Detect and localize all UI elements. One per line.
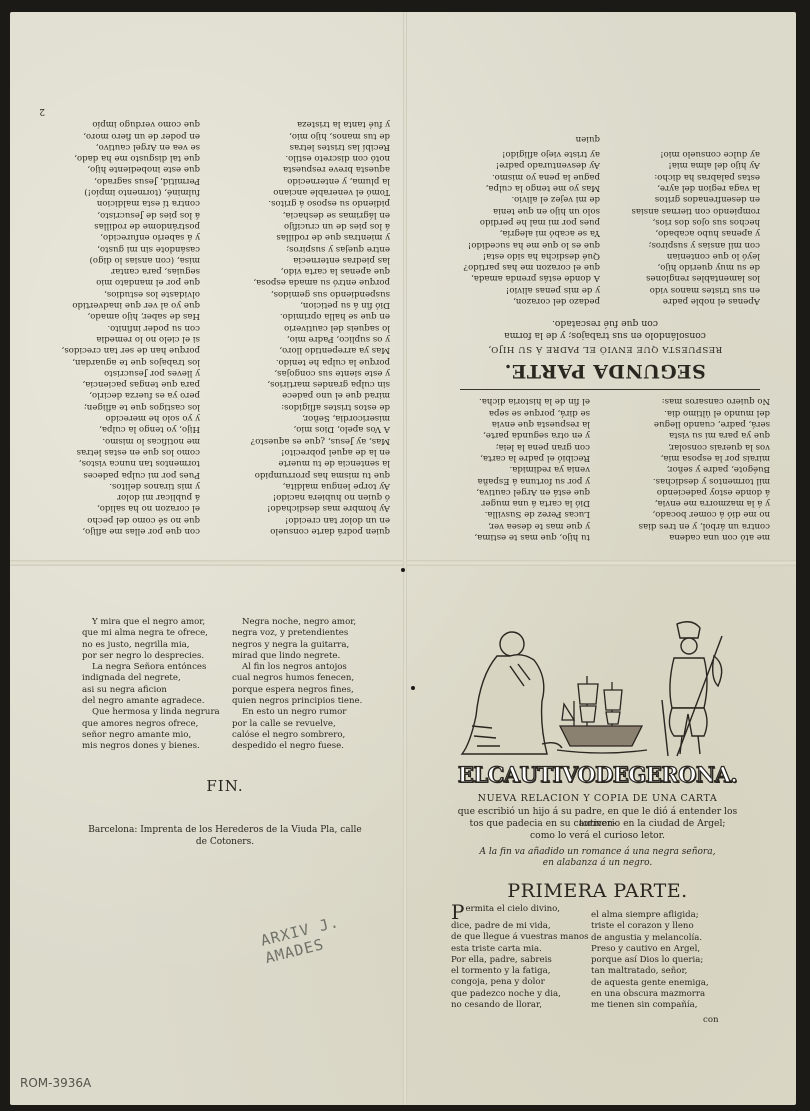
verse-line: que este inobediente hijo, (62, 163, 200, 174)
main-title: ELCAUTIVODEGERONA. (440, 762, 755, 787)
description: consolándolo en sus trabajos; y de la fo… (440, 330, 770, 342)
verse-line: á los pies de Jesucristo, (62, 208, 200, 219)
verse-line: pidiendo su esposo á gritos. (251, 197, 390, 208)
verse-line: No quiero cansaros mas: (639, 395, 770, 406)
verse-line: negros y negra la guitarra, (232, 640, 362, 651)
verse-line: que el corazon me has partido? (463, 261, 600, 272)
fin-label: FIN. (180, 777, 270, 795)
verse-line: y á saberlo enfurecido, (62, 231, 200, 242)
verse-line: con mil ansias y suspiros; (631, 238, 760, 249)
verse-line: porque espera negros fines, (232, 685, 362, 696)
verse-line: y que mas te desea ver, (474, 519, 590, 530)
verse-line: señor negro amante mio, (82, 730, 220, 741)
verse-line: Y mira que el negro amor, (82, 617, 220, 628)
verse-line: casándote sin mi gusto, (62, 242, 200, 253)
verse-line: Que hermosa y linda negrura (82, 707, 220, 718)
verse-line: en sus tristes manos vido (631, 283, 760, 294)
verse-line: misericordia, Señor, (251, 412, 390, 423)
verse-line: quien podrá darte consuelo (251, 525, 390, 536)
verse-line: pero ya es fuerza decirlo, (62, 389, 200, 400)
verse-line: suspendiendo sus gemidos, (251, 287, 390, 298)
verse-line: á los pies de un crucifijo (251, 220, 390, 231)
verse-line: lo saqueis del cautiverio (251, 321, 390, 332)
verse-line: y á la mazmorra me envia, (639, 497, 770, 508)
verse-line: que padezco noche y dia, (451, 989, 591, 1000)
verse-line: por la calle se revuelve, (232, 719, 362, 730)
top-left-quadrant: quien podrá darte consueloen un dolor ta… (30, 96, 400, 546)
verse-line: de angustia y melancolía. (591, 933, 709, 944)
verse-line: que tu misma has prorrumpido (251, 468, 390, 479)
verse-line: la sentencia de tu muerte (251, 457, 390, 468)
verse-line: postrándome de rodillas (62, 220, 200, 231)
verse-line: en que se halla oprimido. (251, 310, 390, 321)
verse-line: Mas yo me tengo la culpa, (463, 182, 600, 193)
verse-line: ó quien no hubiera nacido! (251, 491, 390, 502)
verse-line: se vea en Argel cautivo, (62, 141, 200, 152)
verse-line: Negra noche, negro amor, (232, 617, 362, 628)
verse-line: que tal disgusto me ha dado, (62, 152, 200, 163)
verse-line: en una obscura mazmorra (591, 989, 709, 1000)
verse-line: que por el mandato mio (62, 276, 200, 287)
sailing-ship-icon (557, 676, 647, 753)
verse-line: que está en Argel cautiva, (474, 486, 590, 497)
verse-line: por ser negro lo desprecies. (82, 651, 220, 662)
verse-line: con que por ellas me aflijo, (62, 525, 200, 536)
verse-line: Apenas el noble padre (631, 295, 760, 306)
imprint-line: de Cotoners. (60, 836, 390, 848)
poem-column: quien podrá darte consueloen un dolor ta… (251, 118, 390, 536)
kneeling-monk-icon (462, 632, 562, 754)
verse-line: la vaga region del ayre, (631, 182, 760, 193)
verse-line: Recibí las tristes letras (251, 141, 390, 152)
verse-line: despedido el negro fuese. (232, 741, 362, 752)
description: con que fué rescatado. (440, 318, 770, 330)
verse-line: Ya se acabó mi alegría, (463, 227, 600, 238)
verse-line: Ay hijo del alma mia! (631, 159, 760, 170)
imprint-line: Barcelona: Imprenta de los Herederos de … (60, 824, 390, 836)
verse-line: solo un hijo en que tenia (463, 204, 600, 215)
poem-column: tu hijo, que mas te estima,y que mas te … (474, 395, 590, 542)
verse-line: Hijo, yo tengo la culpa, (62, 423, 200, 434)
verse-line: que mi alma negra te ofrece, (82, 628, 220, 639)
verse-line: no es justo, negrilla mia, (82, 640, 220, 651)
verse-line: ay triste viejo afligido! (463, 148, 600, 159)
verse-line: aquesta breve respuesta (251, 163, 390, 174)
verse-line: porque la culpa he tenido. (251, 355, 390, 366)
verse-line: Dió la carta á una muger (474, 497, 590, 508)
verse-line: Recibió el padre la carta, (474, 452, 590, 463)
verse-line: que yo al ver que inadvertido (62, 299, 200, 310)
pin-hole (411, 686, 415, 690)
poem-column: Apenas el noble padreen sus tristes mano… (631, 148, 760, 306)
verse-line: y mis tiranos delitos. (62, 480, 200, 491)
verse-line: olvidaste los estudios, (62, 287, 200, 298)
part-title: SEGUNDA PARTE. (440, 360, 770, 382)
part-title: PRIMERA PARTE. (440, 880, 755, 902)
verse-line: A donde estás prenda amada, (463, 272, 600, 283)
verse-line: quien negros principios tiene. (232, 696, 362, 707)
verse-line: mirais por la esposa mia, (639, 452, 770, 463)
verse-line: y mientras que de rodillas (251, 231, 390, 242)
pin-hole (401, 568, 405, 572)
verse-line: venia ya redimida. (474, 463, 590, 474)
woodcut-illustration (452, 616, 737, 760)
verse-line: Permitid, Jesus sagrado, (62, 175, 200, 186)
verse-line: de estos tristes afligidos: (251, 400, 390, 411)
verse-line: cual negros humos fenecen, (232, 673, 362, 684)
verse-line: de mi vejez el alivio. (463, 193, 600, 204)
verse-line: y fué tanta la tristeza (251, 118, 390, 129)
poem-column: con que por ellas me aflijo,que no sé co… (62, 118, 200, 536)
verse-line: calóse el negro sombrero, (232, 730, 362, 741)
verse-line: la respuesta que envia (474, 418, 590, 429)
verse-line: estas palabras ha dicho: (631, 170, 760, 181)
verse-line: de que llegue á vuestras manos (451, 932, 591, 943)
note: A la fin va añadido un romance á una neg… (440, 847, 755, 859)
poem-column: Y mira que el negro amor,que mi alma neg… (82, 617, 220, 753)
divider (460, 389, 760, 390)
verse-line: Por ella, padre, sabreis (451, 955, 591, 966)
top-right-quadrant: me ató con una cadenacontra un árbol, y … (430, 96, 770, 546)
signature-mark: 2 (39, 106, 45, 116)
verse-line: La negra Señora entónces (82, 662, 220, 673)
verse-line: Mas ya arrepentido lloro, (251, 344, 390, 355)
verse-line: ermita el cielo divino, (465, 904, 560, 914)
verse-line: el tormento y la fatiga, (451, 966, 591, 977)
verse-line: en la de aquel pobrecito! (251, 446, 390, 457)
verse-line: misa, (con ansias lo digo) (62, 254, 200, 265)
verse-line: entre quejas y suspiros; (251, 242, 390, 253)
verse-line: con su poder infinito. (62, 321, 200, 332)
verse-line: Qué desdicha ha sido esta! (463, 250, 600, 261)
verse-line: y apenas hubo acabado, (631, 227, 760, 238)
verse-line: las piedras enternecia (251, 254, 390, 265)
verse-line: que ya para mi su vista (639, 429, 770, 440)
verse-line: Buégote, padre y señor, (639, 463, 770, 474)
verse-line: de su muy querido hijo, (631, 261, 760, 272)
vertical-fold (403, 12, 407, 1105)
verse-line: tu hijo, que mas te estima, (474, 531, 590, 542)
verse-line: los lamentables renglones (631, 272, 760, 283)
turbaned-captor-icon (662, 622, 722, 756)
verse-line: contra tí esta maldicion (62, 197, 200, 208)
verse-line: fulminé, (tormento impío!) (62, 186, 200, 197)
verse-line: porque han de ser tan crecidos, (62, 344, 200, 355)
verse-line: y yo solo he merecido (62, 412, 200, 423)
verse-line: mil tormentos y desdichas. (639, 474, 770, 485)
verse-line: mirad que el uno padece (251, 389, 390, 400)
verse-line: porque así Dios lo queria; (591, 955, 709, 966)
verse-line: la pluma, y enternecido (251, 175, 390, 186)
verse-line: será, padre, cuando llegue (639, 418, 770, 429)
call-number: ROM-3936A (20, 1076, 91, 1090)
verse-line: el alma siempre afligida; (591, 910, 709, 921)
verse-line: negra voz, y pretendientes (232, 628, 362, 639)
verse-line: Tomó el venerable anciano (251, 186, 390, 197)
verse-line: y este siente sus congojas, (251, 367, 390, 378)
verse-line: Ay desventurado padre! (463, 159, 600, 170)
poem-column: pedazo del corazon,y de mis penas alivio… (463, 148, 600, 306)
verse-line: vos la querais consolar, (639, 440, 770, 451)
verse-line: dice, padre de mi vida, (451, 921, 591, 932)
verse-line: no me dió á comer bocado, (639, 508, 770, 519)
verse-line: á donde estoy padeciendo (639, 486, 770, 497)
verse-line: tormentos tan nunca vistos, (62, 457, 200, 468)
verse-line: mirad que lindo negrete. (232, 651, 362, 662)
verse-line: de aquesta gente enemiga, (591, 978, 709, 989)
verse-line: y lleves por Jesucristo (62, 367, 200, 378)
verse-line: Has de saber, hijo amado, (62, 310, 200, 321)
catchword: quien (576, 134, 600, 144)
verse-line: que amores negros ofrece, (82, 719, 220, 730)
verse-line: y por su fortuna á España (474, 474, 590, 485)
verse-line: Pues por mi culpa padeces (62, 468, 200, 479)
verse-line: para que tengas paciencia, (62, 378, 200, 389)
verse-line: Mas, ay Jesus, ¿que es aquesto? (251, 434, 390, 445)
verse-line: se dirá, porque se sepa (474, 406, 590, 417)
verse-lines: dice, padre de mi vida,de que llegue á v… (451, 921, 591, 1011)
verse-line: leyó lo que contenian (631, 250, 760, 261)
verse-line: pues por mi mal he perdido (463, 216, 600, 227)
verse-line: que apenas la carta vido, (251, 265, 390, 276)
subtitle: RESPUESTA QUE ENVIÓ EL PADRE Á SU HIJO, (440, 344, 770, 354)
verse-line: tan maltratado, señor, (591, 966, 709, 977)
verse-line: que es lo que me ha sucedido! (463, 238, 600, 249)
verse-line: los trabajos que te aguardan, (62, 355, 200, 366)
verse-line: como los que en estas letras (62, 446, 200, 457)
poem-column: Negra noche, negro amor,negra voz, y pre… (232, 617, 362, 753)
verse-line: mis negros dones y bienes. (82, 741, 220, 752)
note: en alabanza á un negro. (440, 858, 755, 870)
verse-line: á publicar mi dolor (62, 491, 200, 502)
verse-line: y de mis penas alivio! (463, 283, 600, 294)
description: tos que padecia en su cautiverio en la c… (440, 818, 755, 830)
verse-line: el corazon no ha salido, (62, 502, 200, 513)
verse-line: del mundo el último dia. (639, 406, 770, 417)
poem-column: me ató con una cadenacontra un árbol, y … (639, 395, 770, 542)
verse-line: en lágrimas se deshacia, (251, 208, 390, 219)
verse-line: del negro amante agradece. (82, 696, 220, 707)
verse-line: porque entró su amada esposa, (251, 276, 390, 287)
verse-line: me tienen sin compañía, (591, 1000, 709, 1011)
verse-line: si el cielo no lo remedia (62, 333, 200, 344)
verse-line: de tus manos, hijo mio, (251, 129, 390, 140)
verse-line: congoja, pena y dolor (451, 977, 591, 988)
verse-line: indignada del negrete, (82, 673, 220, 684)
subtitle: NUEVA RELACION Y COPIA DE UNA CARTA (440, 793, 755, 804)
verse-line: y en otra segunda parte, (474, 429, 590, 440)
verse-line: me ató con una cadena (639, 531, 770, 542)
verse-line: Ay hombre mas desdichado! (251, 502, 390, 513)
verse-line: En esto un negro rumor (232, 707, 362, 718)
verse-line: Lucas Perez de Susvilla. (474, 508, 590, 519)
verse-line: triste el corazon y lleno (591, 921, 709, 932)
verse-line: seguias, para cantar (62, 265, 200, 276)
verse-line: A Vos apelo, Dios mio, (251, 423, 390, 434)
verse-line: pague la pena yo mismo. (463, 170, 600, 181)
verse-line: hechos sus ojos dos rios, (631, 216, 760, 227)
verse-line: Dió fin á su peticion, (251, 299, 390, 310)
verse-line: contra un árbol, y en tres dias (639, 519, 770, 530)
verse-line: en desenfrenados gritos (631, 193, 760, 204)
verse-line: asi su negra aficion (82, 685, 220, 696)
verse-line: que no sé como del pecho (62, 513, 200, 524)
verse-line: los castigos que te afligen; (62, 400, 200, 411)
verse-line: que como verdugo impío (62, 118, 200, 129)
catchword: con (703, 1015, 719, 1025)
verse-line: y os suplico, Padre mio, (251, 333, 390, 344)
verse-line: con gran pena la leia; (474, 440, 590, 451)
verse-line: ay dulce consuelo mio! (631, 148, 760, 159)
drop-cap: P (451, 904, 464, 921)
description: como lo verá el curioso letor. (440, 830, 755, 842)
verse-line: pedazo del corazon, (463, 295, 600, 306)
verse-line: sin culpa grandes martirios, (251, 378, 390, 389)
verse-line: me notificas lo mismo. (62, 434, 200, 445)
verse-line: el fin de la historia dicha. (474, 395, 590, 406)
verse-line: en poder de un fiero moro, (62, 129, 200, 140)
verse-line: rompiendo con tiernas ansias (631, 204, 760, 215)
verse-line: no cesando de llorar, (451, 1000, 591, 1011)
poem-column: el alma siempre afligida;triste el coraz… (591, 910, 709, 1012)
verse-line: Al fin los negros antojos (232, 662, 362, 673)
verse-line: esta triste carta mia. (451, 944, 591, 955)
poem-column: Permita el cielo divino, dice, padre de … (451, 904, 591, 1011)
verse-line: Ay torpe lengua maldita, (251, 480, 390, 491)
verse-line: notó con discreto estilo. (251, 152, 390, 163)
verse-line: Preso y cautivo en Argel, (591, 944, 709, 955)
verse-line: en un dolor tan crecido! (251, 513, 390, 524)
